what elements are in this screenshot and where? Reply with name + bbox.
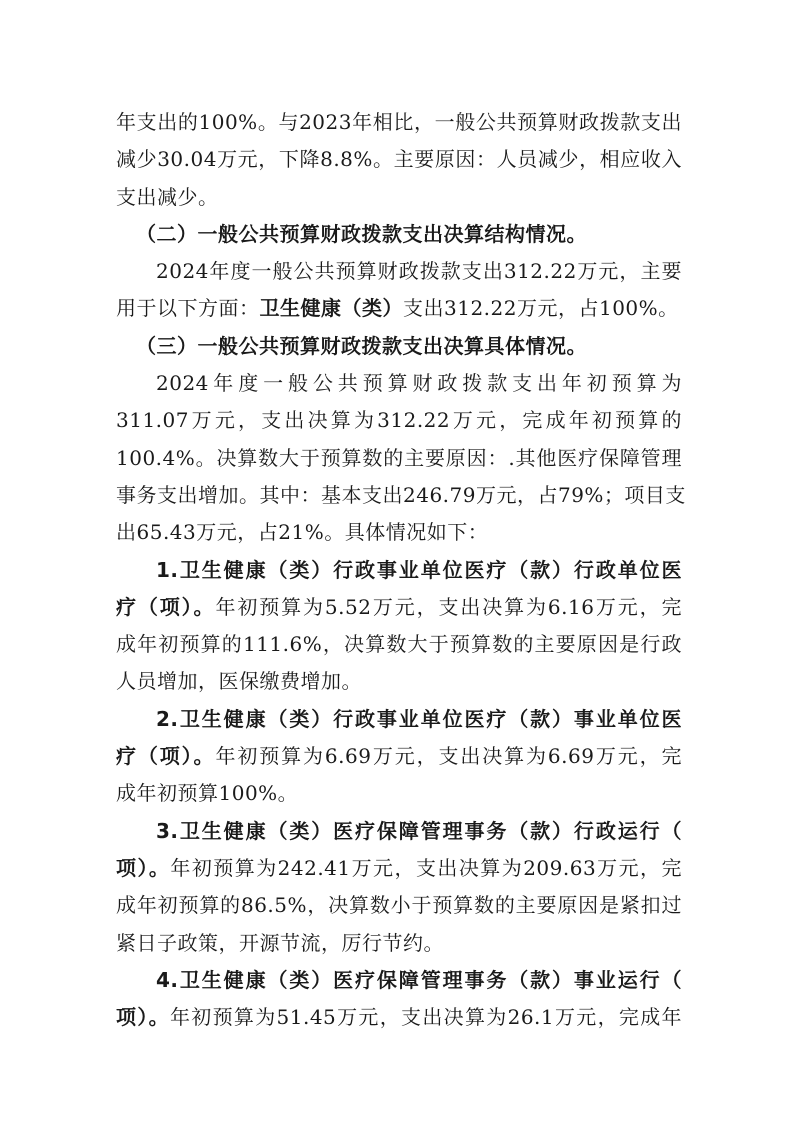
text-run: 年初预算为51.45万元，支出决算为26.1万元，完成年 xyxy=(170,1005,682,1029)
bold-category: 卫生健康（类） xyxy=(260,296,404,320)
item-2-title: 2.卫生健康（类）行政事业单位医疗（款）事业单位医 xyxy=(116,701,682,738)
text-run: 支出312.22万元，占100%。 xyxy=(403,296,679,320)
paragraph-line: 成年初预算100%。 xyxy=(116,775,682,812)
paragraph-line: 项）。年初预算为242.41万元，支出决算为209.63万元，完 xyxy=(116,850,682,887)
item-title-tail: 疗（项）。 xyxy=(116,595,215,619)
section-heading-2: （二）一般公共预算财政拨款支出决算结构情况。 xyxy=(116,216,682,253)
item-3-title: 3.卫生健康（类）医疗保障管理事务（款）行政运行（ xyxy=(116,813,682,850)
paragraph-line: 成年初预算的111.6%，决算数大于预算数的主要原因是行政 xyxy=(116,626,682,663)
paragraph-line: 减少30.04万元，下降8.8%。主要原因：人员减少，相应收入 xyxy=(116,141,682,178)
item-title-tail: 项）。 xyxy=(116,1005,170,1029)
paragraph-line: 支出减少。 xyxy=(116,179,682,216)
paragraph-line: 紧日子政策，开源节流，厉行节约。 xyxy=(116,925,682,962)
text-run: 年初预算为6.69万元，支出决算为6.69万元，完 xyxy=(215,744,682,768)
document-page: 年支出的100%。与2023年相比，一般公共预算财政拨款支出 减少30.04万元… xyxy=(116,104,682,1036)
paragraph-line: 疗（项）。年初预算为6.69万元，支出决算为6.69万元，完 xyxy=(116,738,682,775)
paragraph-line: 2024年度一般公共预算财政拨款支出年初预算为 xyxy=(116,365,682,402)
paragraph-line: 疗（项）。年初预算为5.52万元，支出决算为6.16万元，完 xyxy=(116,589,682,626)
item-1-title: 1.卫生健康（类）行政事业单位医疗（款）行政单位医 xyxy=(116,552,682,589)
paragraph-line: 出65.43万元，占21%。具体情况如下： xyxy=(116,514,682,551)
text-run: 年初预算为5.52万元，支出决算为6.16万元，完 xyxy=(215,595,682,619)
item-4-title: 4.卫生健康（类）医疗保障管理事务（款）事业运行（ xyxy=(116,962,682,999)
item-title-tail: 疗（项）。 xyxy=(116,744,215,768)
paragraph-line: 人员增加，医保缴费增加。 xyxy=(116,663,682,700)
paragraph-line: 年支出的100%。与2023年相比，一般公共预算财政拨款支出 xyxy=(116,104,682,141)
paragraph-line: 311.07万元，支出决算为312.22万元，完成年初预算的 xyxy=(116,402,682,439)
paragraph-line: 项）。年初预算为51.45万元，支出决算为26.1万元，完成年 xyxy=(116,999,682,1036)
paragraph-line: 用于以下方面：卫生健康（类）支出312.22万元，占100%。 xyxy=(116,290,682,327)
paragraph-line: 事务支出增加。其中：基本支出246.79万元，占79%；项目支 xyxy=(116,477,682,514)
text-run: 年初预算为242.41万元，支出决算为209.63万元，完 xyxy=(170,856,682,880)
paragraph-line: 100.4%。决算数大于预算数的主要原因：.其他医疗保障管理 xyxy=(116,440,682,477)
item-title-tail: 项）。 xyxy=(116,856,170,880)
text-run: 用于以下方面： xyxy=(116,296,260,320)
paragraph-line: 成年初预算的86.5%，决算数小于预算数的主要原因是紧扣过 xyxy=(116,887,682,924)
paragraph-line: 2024年度一般公共预算财政拨款支出312.22万元，主要 xyxy=(116,253,682,290)
section-heading-3: （三）一般公共预算财政拨款支出决算具体情况。 xyxy=(116,328,682,365)
